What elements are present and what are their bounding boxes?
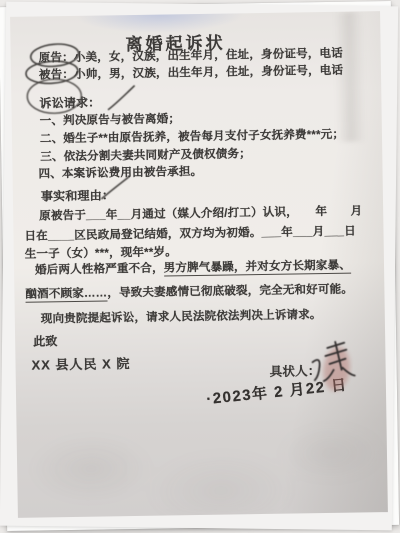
pen-loop-below-defendant <box>27 79 82 114</box>
pen-check-facts <box>102 177 129 198</box>
pen-annotations <box>10 11 388 518</box>
photo-stage: 离婚起诉状 原告：小美，女，汉族，出生年月，住址，身份证号，电话 被告：小帅，男… <box>0 0 400 533</box>
pen-circle-defendant <box>25 60 78 85</box>
photo-frame: 离婚起诉状 原告：小美，女，汉族，出生年月，住址，身份证号，电话 被告：小帅，男… <box>0 1 399 531</box>
document-photo: 离婚起诉状 原告：小美，女，汉族，出生年月，住址，身份证号，电话 被告：小帅，男… <box>10 11 388 518</box>
pen-check-claims <box>108 86 134 109</box>
